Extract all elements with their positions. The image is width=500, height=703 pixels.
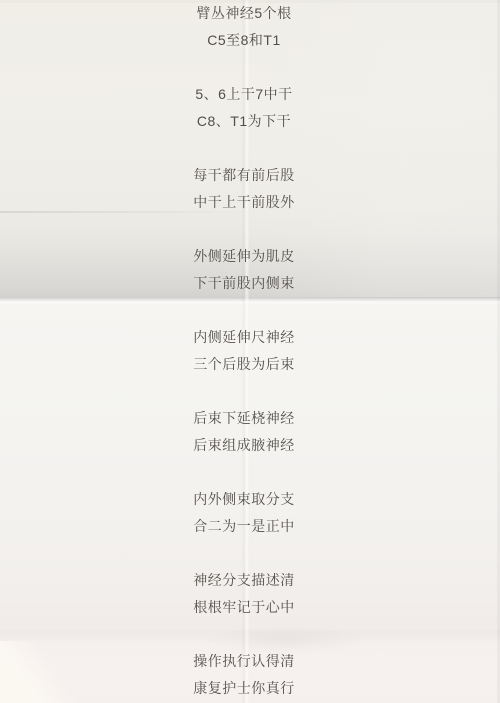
verse-line: C8、T1为下干: [0, 108, 488, 135]
verse-line: 内侧延伸尺神经: [0, 324, 488, 351]
verse-line: 内外侧束取分支: [0, 486, 488, 513]
verse-stanza-3: 每干都有前后股 中干上干前股外: [0, 162, 488, 216]
verse-stanza-5: 内侧延伸尺神经 三个后股为后束: [0, 324, 488, 378]
verse-line: 操作执行认得清: [0, 648, 488, 675]
verse-line: 下干前股内侧束: [0, 270, 488, 297]
verse-line: 臂丛神经5个根: [0, 0, 488, 27]
verse-line: C5至8和T1: [0, 27, 488, 54]
verse-line: 中干上干前股外: [0, 189, 488, 216]
verse-stanza-7: 内外侧束取分支 合二为一是正中: [0, 486, 488, 540]
verse-stanza-2: 5、6上干7中干 C8、T1为下干: [0, 81, 488, 135]
verse-line: 外侧延伸为肌皮: [0, 243, 488, 270]
verse-stanza-8: 神经分支描述清 根根牢记于心中: [0, 567, 488, 621]
verse-line: 合二为一是正中: [0, 513, 488, 540]
verse-text-block: 臂丛神经5个根 C5至8和T1 5、6上干7中干 C8、T1为下干 每干都有前后…: [0, 0, 488, 703]
paper-photo: 臂丛神经5个根 C5至8和T1 5、6上干7中干 C8、T1为下干 每干都有前后…: [0, 0, 500, 703]
verse-line: 神经分支描述清: [0, 567, 488, 594]
verse-stanza-9: 操作执行认得清 康复护士你真行: [0, 648, 488, 702]
verse-line: 后束组成腋神经: [0, 432, 488, 459]
verse-line: 后束下延桡神经: [0, 405, 488, 432]
verse-line: 三个后股为后束: [0, 351, 488, 378]
verse-stanza-6: 后束下延桡神经 后束组成腋神经: [0, 405, 488, 459]
verse-line: 康复护士你真行: [0, 675, 488, 702]
verse-stanza-1: 臂丛神经5个根 C5至8和T1: [0, 0, 488, 54]
verse-line: 根根牢记于心中: [0, 594, 488, 621]
verse-line: 5、6上干7中干: [0, 81, 488, 108]
verse-stanza-4: 外侧延伸为肌皮 下干前股内侧束: [0, 243, 488, 297]
verse-line: 每干都有前后股: [0, 162, 488, 189]
